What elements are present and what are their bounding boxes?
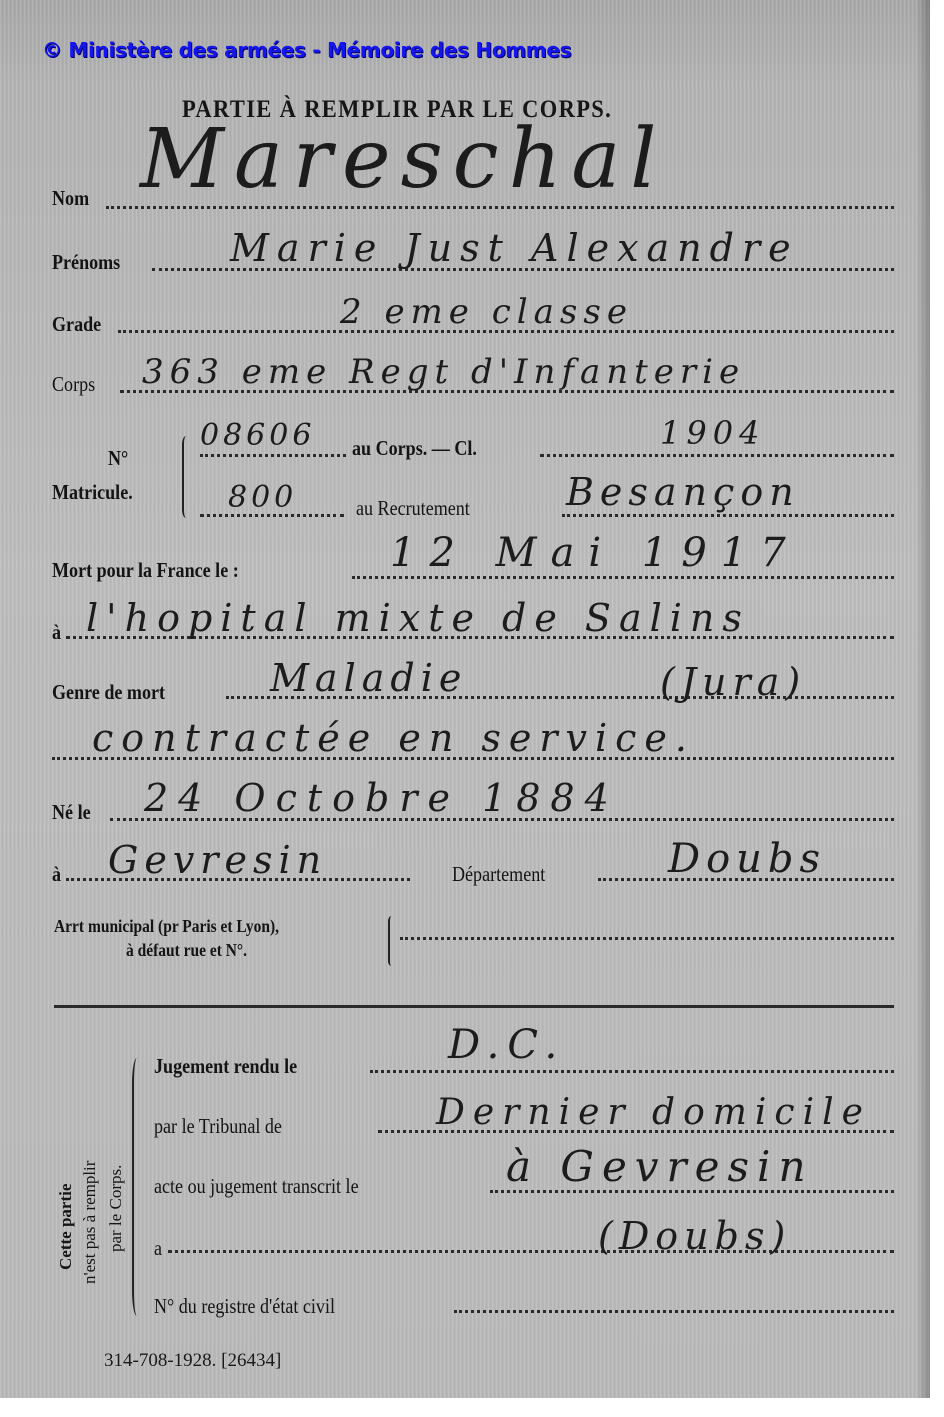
side-note-line2: n'est pas à remplir bbox=[80, 1161, 100, 1284]
recrutement-number-value: 800 bbox=[228, 480, 297, 515]
jugement-rendu-label: Jugement rendu le bbox=[154, 1054, 297, 1079]
jugement-rendu-value: D.C. bbox=[448, 1022, 565, 1068]
registre-line bbox=[454, 1310, 894, 1313]
classe-line bbox=[540, 454, 894, 457]
print-reference-code: 314-708-1928. [26434] bbox=[104, 1350, 281, 1372]
registre-label: N° du registre d'état civil bbox=[154, 1294, 335, 1319]
mort-value: 12 Mai 1917 bbox=[390, 530, 800, 576]
section-divider bbox=[54, 1005, 894, 1008]
grade-label: Grade bbox=[52, 312, 101, 337]
nom-label: Nom bbox=[52, 186, 89, 211]
matricule-label: Matricule. bbox=[52, 480, 133, 505]
departement-value: Doubs bbox=[668, 836, 826, 882]
jugement-rendu-line bbox=[370, 1070, 894, 1073]
transcrit-value: à Gevresin bbox=[506, 1142, 814, 1191]
lieu-naissance-label: à bbox=[52, 862, 61, 887]
lieu-mort-value: l'hopital mixte de Salins bbox=[86, 596, 750, 640]
classe-value: 1904 bbox=[660, 414, 765, 452]
arrondissement-brace bbox=[388, 916, 396, 966]
prenoms-value: Marie Just Alexandre bbox=[230, 226, 799, 270]
side-note-line1: Cette partie bbox=[56, 1184, 76, 1270]
tribunal-value: Dernier domicile bbox=[436, 1092, 871, 1133]
matricule-brace bbox=[182, 436, 192, 518]
mort-label: Mort pour la France le : bbox=[52, 558, 239, 583]
arrondissement-line bbox=[400, 937, 894, 940]
corps-number-line bbox=[200, 454, 346, 457]
corps-number-value: 08606 bbox=[200, 418, 315, 453]
genre-mort-value-line2: contractée en service. bbox=[92, 716, 695, 760]
lieu-naissance-value: Gevresin bbox=[108, 838, 327, 882]
transcrit-label: acte ou jugement transcrit le bbox=[154, 1174, 359, 1199]
mort-line bbox=[352, 576, 894, 579]
prenoms-label: Prénoms bbox=[52, 250, 120, 275]
genre-mort-value: Maladie bbox=[270, 656, 467, 700]
au-corps-label: au Corps. — Cl. bbox=[352, 436, 477, 461]
arrondissement-label-2: à défaut rue et N°. bbox=[126, 940, 247, 961]
side-note-line3: par le Corps. bbox=[106, 1165, 126, 1252]
recrutement-place-value: Besançon bbox=[566, 470, 800, 514]
genre-mort-aside: (Jura) bbox=[660, 660, 806, 704]
naissance-value: 24 Octobre 1884 bbox=[144, 776, 619, 820]
tribunal-label: par le Tribunal de bbox=[154, 1114, 282, 1139]
a-label: a bbox=[154, 1236, 162, 1261]
corps-label: Corps bbox=[52, 372, 95, 397]
arrondissement-label-1: Arrt municipal (pr Paris et Lyon), bbox=[54, 916, 279, 937]
grade-value: 2 eme classe bbox=[340, 292, 633, 332]
recrutement-place-line bbox=[562, 514, 894, 517]
matricule-no-label: N° bbox=[108, 446, 128, 471]
a-value: (Doubs) bbox=[598, 1214, 791, 1258]
lieu-mort-label: à bbox=[52, 620, 61, 645]
au-recrutement-label: au Recrutement bbox=[356, 496, 470, 521]
copyright-watermark: © Ministère des armées - Mémoire des Hom… bbox=[42, 38, 571, 62]
genre-mort-label: Genre de mort bbox=[52, 680, 165, 705]
corps-value: 363 eme Regt d'Infanterie bbox=[142, 352, 745, 392]
nom-value: Mareschal bbox=[140, 112, 667, 207]
naissance-label: Né le bbox=[52, 800, 91, 825]
jugement-brace bbox=[132, 1058, 144, 1316]
death-record-card: © Ministère des armées - Mémoire des Hom… bbox=[0, 0, 930, 1398]
departement-label: Département bbox=[452, 862, 545, 887]
